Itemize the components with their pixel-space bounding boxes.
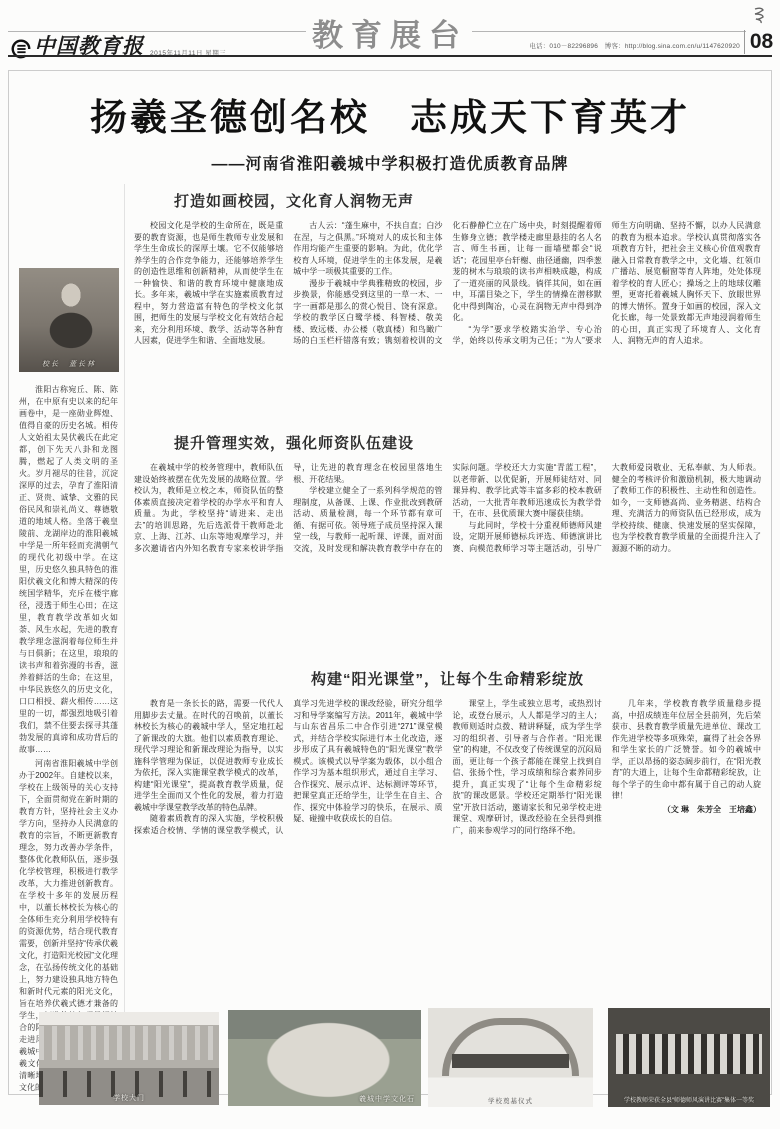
main-column: 打造如画校园，文化育人润物无声 校园文化是学校的生命所在，既是重要的教育资源，也… [125,184,761,1094]
section-text-columns: 在羲城中学的校务管理中，教师队伍建设始终被摆在优先发展的战略位置。学校认为，教师… [134,462,761,654]
section-sunshine-classroom: 构建“阳光课堂”，让每个生命精彩绽放 教育是一条长长的路，需要一代代人用脚步去丈… [134,668,761,992]
section-campus-culture: 打造如画校园，文化育人润物无声 校园文化是学校的生命所在，既是重要的教育资源，也… [134,190,761,420]
section-text-columns: 教育是一条长长的路，需要一代代人用脚步去丈量。在时代的召唤前，以董长林校长为核心… [134,698,761,992]
body-paragraph: 校园文化是学校的生命所在，既是重要的教育资源，也是师生教师专业发展和学生生命成长… [134,220,283,347]
photo-ceremony-arch: 学校奠基仪式 [428,1008,593,1107]
newspaper-page: 教育展台 中国教育报 2015年11月11日 星期三 电话：010－822968… [0,0,780,1129]
teacher-lineup-figures [616,1034,762,1074]
ornament-glyph-icon [752,6,766,26]
body-paragraph: 几年来，学校教育教学质量稳步提高，中招成绩连年位居全县前列，先后荣获市、县教育教… [612,698,761,802]
photo-caption: 学校教师荣获全县“师德师风演讲比赛”集体一等奖 [608,1097,770,1105]
article-body: 校长 董长林 淮阳古称宛丘、陈、陈州，在中原有史以来的纪年画卷中，是一座勋业辉煌… [19,184,761,1094]
article-frame: 扬羲圣德创名校 志成天下育英才 ——河南省淮阳羲城中学积极打造优质教育品牌 校长… [8,70,772,1095]
section-text-columns: 校园文化是学校的生命所在，既是重要的教育资源，也是师生教师专业发展和学生生命成长… [134,220,761,420]
photo-teachers-award: 学校教师荣获全县“师德师风演讲比赛”集体一等奖 [608,1008,770,1107]
byline: （文 琳 朱芳全 王培鑫） [612,804,761,816]
date-text: 2015年11月11日 星期三 [150,48,226,60]
masthead-divider [8,55,772,57]
left-column: 校长 董长林 淮阳古称宛丘、陈、陈州，在中原有史以来的纪年画卷中，是一座勋业辉煌… [19,184,125,1094]
principal-portrait-photo: 校长 董长林 [19,268,119,372]
photo-school-gate: 学校大门 [39,1012,219,1105]
section-heading: 提升管理实效，强化师资队伍建设 [134,432,761,453]
photo-caption: 学校大门 [39,1093,219,1103]
photo-culture-stone: 羲城中学文化石 [228,1010,421,1106]
body-paragraph: 课堂上，学生或独立思考，或热烈讨论，或登台展示，人人都是学习的主人；教师则适时点… [453,698,602,836]
sidebar-paragraph: 淮阳古称宛丘、陈、陈州，在中原有史以来的纪年画卷中，是一座勋业辉煌、值得自豪的历… [19,384,118,756]
headline: 扬羲圣德创名校 志成天下育英才 [19,87,761,141]
portrait-caption: 校长 董长林 [19,359,119,369]
section-teacher-team: 提升管理实效，强化师资队伍建设 在羲城中学的校务管理中，教师队伍建设始终被摆在优… [134,432,761,654]
section-heading: 构建“阳光课堂”，让每个生命精彩绽放 [134,668,761,689]
body-paragraph: 古人云：“蓬生麻中，不扶自直；白沙在涅，与之俱黑。”环境对人的成长和主体作用均能… [293,220,442,278]
section-heading: 打造如画校园，文化育人润物无声 [134,190,761,211]
photo-caption: 羲城中学文化石 [228,1094,421,1104]
body-paragraph: 教育是一条长长的路，需要一代代人用脚步去丈量。在时代的召唤前，以董长林校长为核心… [134,698,283,813]
banner-shape [452,1054,569,1068]
photo-caption: 学校奠基仪式 [428,1096,593,1105]
contact-info: 电话：010－82296896 博客：http://blog.sina.com.… [529,41,740,50]
subheadline: ——河南省淮阳羲城中学积极打造优质教育品牌 [19,151,761,174]
page-number: 08 [744,30,774,54]
